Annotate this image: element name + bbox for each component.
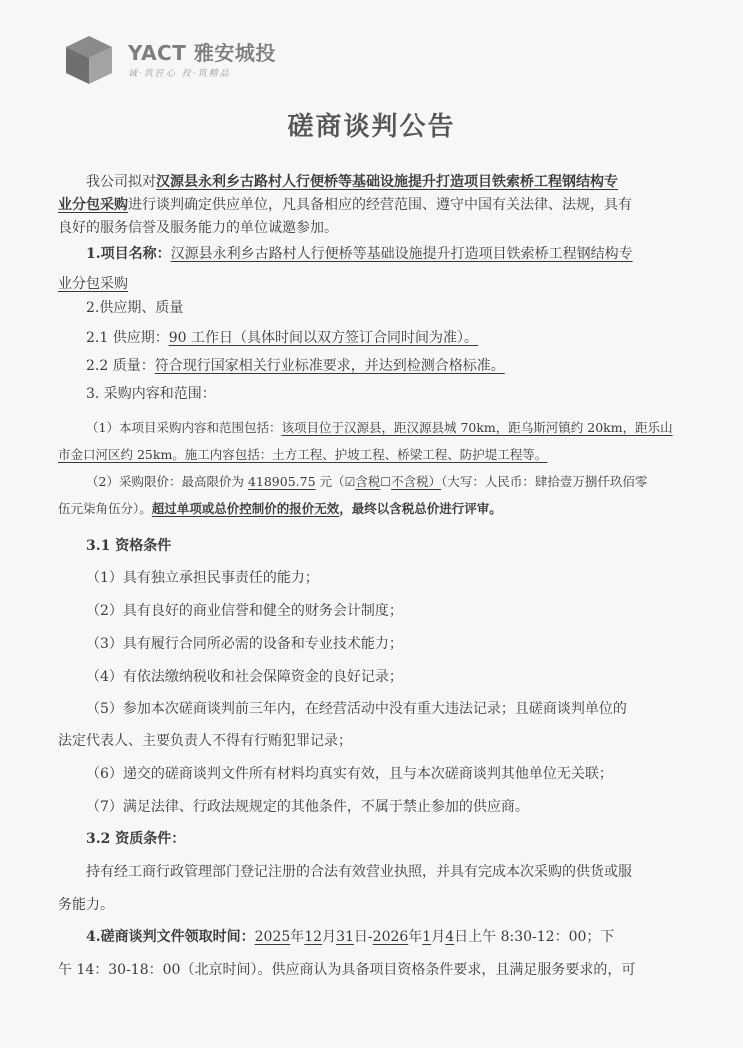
scope-value: 该项目位于汉源县，距汉源县城 70km，距乌斯河镇约 20km，距乐山 [281, 420, 672, 435]
end-day: 4 [445, 929, 454, 945]
price-limit-cont: 伍元柒角伍分）。超过单项或总价控制价的报价无效，最终以含税总价进行评审。 [58, 499, 688, 519]
price-limit: （2）采购限价：最高限价为 418905.75 元（☑含税☐不含税）（大写：人民… [58, 472, 716, 492]
end-year: 2026 [373, 929, 409, 945]
price-evaluation-note: ，最终以含税总价进行评审。 [339, 501, 502, 516]
price-unit: 元（ [320, 474, 345, 489]
project-name-label: 1.项目名称： [86, 246, 171, 262]
price-limit-label: （2）采购限价：最高限价为 [86, 474, 244, 489]
document-collection-time-cont: 午 14：30-18：00（北京时间）。供应商认为具备项目资格条件要求，且满足服… [58, 960, 688, 980]
price-in-words-cont: 伍元柒角伍分）。 [58, 501, 152, 516]
supply-period-label: 2.1 供应期： [86, 330, 169, 346]
intro-text: 进行谈判确定供应单位，凡具备相应的经营范围、遵守中国有关法律、法规，具有 [128, 197, 632, 213]
qualification-item-cont: 法定代表人、主要负责人不得有行贿犯罪记录； [58, 731, 688, 751]
morning-hours: 日上午 8:30-12：00；下 [454, 929, 614, 945]
price-limit-value: 418905.75 [248, 474, 316, 489]
quality-label: 2.2 质量： [86, 358, 155, 374]
scope-heading: 3. 采购内容和范围： [86, 386, 216, 402]
start-day: 31 [336, 929, 354, 945]
price-in-words: （大写：人民币：肆拾壹万捌仟玖佰零 [441, 474, 647, 489]
intro-line-3: 良好的服务信誉及服务能力的单位诚邀参加。 [58, 218, 688, 238]
qualification-text: （5）参加本次磋商谈判前三年内，在经营活动中没有重大违法记录；且磋商谈判单位的 [86, 701, 627, 717]
qualification-text: （6）递交的磋商谈判文件所有材料均真实有效，且与本次磋商谈判其他单位无关联； [86, 766, 613, 782]
price-warning: 超过单项或总价控制价的报价无效 [152, 501, 340, 516]
collection-time-label: 4.磋商谈判文件领取时间： [86, 929, 255, 945]
qualification-item: （3）具有履行合同所必需的设备和专业技术能力； [58, 634, 716, 654]
qualification-item: （4）有依法缴纳税收和社会保障资金的良好记录； [58, 667, 716, 687]
section1-line-2: 业分包采购 [58, 274, 688, 294]
project-name-inline: 汉源县永利乡古路村人行便桥等基础设施提升打造项目铁索桥工程钢结构专 [156, 174, 618, 190]
qualification-text: （2）具有良好的商业信誉和健全的财务会计制度； [86, 603, 403, 619]
qualification-text: 法定代表人、主要负责人不得有行贿犯罪记录； [58, 733, 352, 749]
qualification-item: （2）具有良好的商业信誉和健全的财务会计制度； [58, 601, 716, 621]
scope-item-1: （1）本项目采购内容和范围包括：该项目位于汉源县，距汉源县城 70km，距乌斯河… [58, 418, 716, 438]
certification-line-2: 务能力。 [58, 895, 688, 915]
project-name-inline-cont: 业分包采购 [58, 197, 128, 213]
intro-line-1: 我公司拟对汉源县永利乡古路村人行便桥等基础设施提升打造项目铁索桥工程钢结构专 [58, 172, 716, 192]
year-char: 年 [408, 929, 422, 945]
intro-line-2: 业分包采购进行谈判确定供应单位，凡具备相应的经营范围、遵守中国有关法律、法规，具… [58, 195, 688, 215]
start-month: 12 [304, 929, 322, 945]
year-char: 年 [290, 929, 304, 945]
qualification-item: （7）满足法律、行政法规规定的其他条件，不属于禁止参加的供应商。 [58, 797, 716, 817]
section1-line-1: 1.项目名称：汉源县永利乡古路村人行便桥等基础设施提升打造项目铁索桥工程钢结构专 [58, 244, 716, 264]
afternoon-hours-text: 午 14：30-18：00（北京时间）。供应商认为具备项目资格条件要求，且满足服… [58, 962, 635, 978]
qualification-item: （6）递交的磋商谈判文件所有材料均真实有效，且与本次磋商谈判其他单位无关联； [58, 764, 716, 784]
qualification-item: （5）参加本次磋商谈判前三年内，在经营活动中没有重大违法记录；且磋商谈判单位的 [58, 699, 716, 719]
qualification-text: （4）有依法缴纳税收和社会保障资金的良好记录； [86, 669, 403, 685]
supply-period-value: 90 工作日（具体时间以双方签订合同时间为准）。 [169, 330, 478, 346]
qualification-heading-text: 3.1 资格条件 [86, 538, 171, 554]
month-char: 月 [322, 929, 336, 945]
company-logo: YACT 雅安城投 诚·筑匠心 投·筑精品 [64, 34, 276, 86]
tax-excluded-option: 不含税） [391, 474, 441, 489]
quality: 2.2 质量：符合现行国家相关行业标准要求，并达到检测合格标准。 [58, 356, 716, 376]
scope-item-1-cont: 市金口河区约 25km。施工内容包括：土方工程、护坡工程、桥梁工程、防护堤工程等… [58, 445, 688, 465]
section2-heading: 2.供应期、质量 [58, 298, 716, 318]
cube-logo-icon [64, 34, 114, 86]
supply-period: 2.1 供应期：90 工作日（具体时间以双方签订合同时间为准）。 [58, 328, 716, 348]
start-year: 2025 [255, 929, 291, 945]
certification-heading: 3.2 资质条件： [58, 829, 716, 849]
qualification-text: （7）满足法律、行政法规规定的其他条件，不属于禁止参加的供应商。 [86, 799, 529, 815]
checkbox-checked-icon: ☑ [345, 475, 356, 489]
checkbox-unchecked-icon: ☐ [380, 475, 391, 489]
scope-label: （1）本项目采购内容和范围包括： [86, 420, 281, 435]
project-name-value: 汉源县永利乡古路村人行便桥等基础设施提升打造项目铁索桥工程钢结构专 [171, 246, 633, 262]
intro-text-end: 良好的服务信誉及服务能力的单位诚邀参加。 [58, 220, 338, 236]
day-char: 日- [354, 929, 373, 945]
logo-slogan: 诚·筑匠心 投·筑精品 [128, 66, 276, 79]
project-name-value-cont: 业分包采购 [58, 276, 128, 292]
end-month: 1 [422, 929, 431, 945]
document-page: YACT 雅安城投 诚·筑匠心 投·筑精品 磋商谈判公告 我公司拟对汉源县永利乡… [0, 0, 743, 1048]
qualification-text: （1）具有独立承担民事责任的能力； [86, 570, 319, 586]
certification-text-cont: 务能力。 [58, 897, 114, 913]
certification-line-1: 持有经工商行政管理部门登记注册的合法有效营业执照，并具有完成本次采购的供货或服 [58, 862, 716, 882]
tax-included-option: 含税 [355, 474, 380, 489]
month-char: 月 [431, 929, 445, 945]
supply-quality-heading: 2.供应期、质量 [86, 300, 183, 316]
qualification-text: （3）具有履行合同所必需的设备和专业技术能力； [86, 636, 403, 652]
document-collection-time: 4.磋商谈判文件领取时间：2025年12月31日-2026年1月4日上午 8:3… [58, 927, 716, 947]
certification-text: 持有经工商行政管理部门登记注册的合法有效营业执照，并具有完成本次采购的供货或服 [86, 864, 632, 880]
intro-prefix: 我公司拟对 [86, 174, 156, 190]
qualification-heading: 3.1 资格条件 [58, 536, 716, 556]
quality-value: 符合现行国家相关行业标准要求，并达到检测合格标准。 [155, 358, 505, 374]
scope-value-cont: 市金口河区约 25km。施工内容包括：土方工程、护坡工程、桥梁工程、防护堤工程等… [58, 447, 547, 462]
qualification-item: （1）具有独立承担民事责任的能力； [58, 568, 716, 588]
certification-heading-text: 3.2 资质条件： [86, 831, 185, 847]
logo-brand: YACT 雅安城投 [128, 42, 276, 64]
section3-heading: 3. 采购内容和范围： [58, 384, 716, 404]
page-title: 磋商谈判公告 [0, 106, 743, 143]
